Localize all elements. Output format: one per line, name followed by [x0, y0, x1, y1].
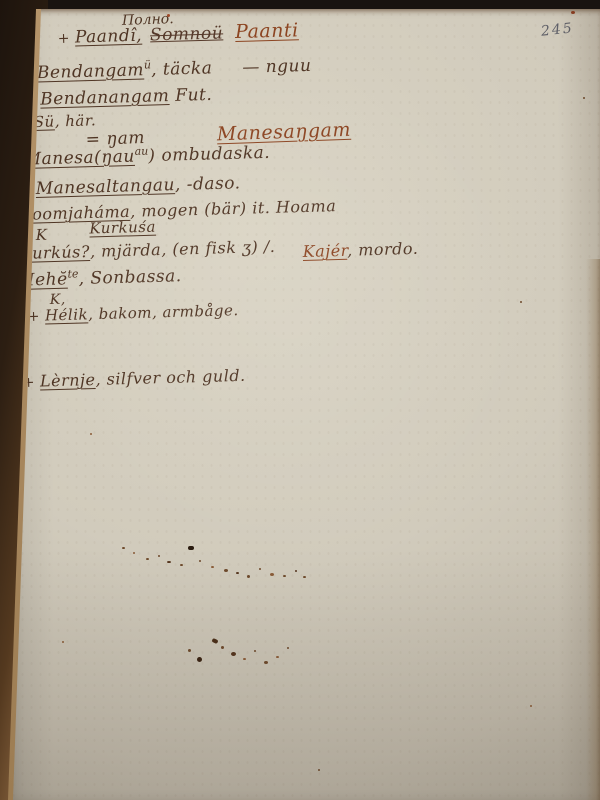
manuscript-page: 245 Полно. +Paandî,SomnoüPaanti +Bendang…: [0, 9, 600, 800]
plus-marker: +: [58, 31, 71, 47]
headword: Kurkuśa: [89, 218, 156, 238]
manuscript-photo: 245 Полно. +Paandî,SomnoüPaanti +Bendang…: [0, 0, 600, 800]
entry-line: Manesa(ŋauau) ombudaska.: [23, 142, 270, 169]
entry-line: Hoomjaháma, mogen (bär) it. Hoama: [18, 197, 337, 223]
gloss-text: Fut.: [169, 85, 212, 106]
entry-line: +Paandî,SomnoüPaanti: [57, 20, 299, 48]
headword: Bendanangam: [40, 86, 170, 110]
headword-variant: Paanti: [235, 19, 299, 43]
entry-line: Kajér, mordo.: [303, 240, 419, 261]
gloss-text: ) ombudaska.: [148, 143, 270, 166]
headword-variant: Kajér: [302, 241, 347, 261]
gloss-text: , Sonbassa.: [78, 266, 182, 289]
headword-variant: Manesaŋgam: [217, 119, 352, 146]
gloss-text: , silfver och guld.: [95, 366, 246, 389]
gloss-text: , här.: [54, 111, 96, 130]
entry-line: Hehĕte, Sonbassa.: [19, 265, 182, 290]
entry-line: °Bendanangam Fut.: [27, 86, 212, 110]
headword: Manesaltangau: [35, 175, 175, 199]
superscript-correction: au: [134, 145, 148, 158]
headword: Bendangam: [37, 60, 145, 83]
gloss-text: , -daso.: [175, 173, 241, 195]
gloss-addition: — nguu: [242, 56, 312, 78]
entry-line: Manesaltangau, -daso.: [35, 174, 240, 198]
entry-line: Sü, här.: [34, 112, 97, 130]
entry-line: +Hélik, bakom, armbåge.: [28, 302, 239, 325]
gloss-text: , mordo.: [347, 239, 419, 260]
gloss-text: , bakom, armbåge.: [88, 301, 239, 323]
crossed-out-word: Somnoü: [150, 23, 224, 45]
entry-line: +Lèrnje, silfver och guld.: [22, 367, 245, 392]
superscript-correction: te: [67, 267, 78, 280]
correction-letter: K: [36, 226, 48, 244]
headword: Lèrnje: [40, 370, 96, 391]
headword: Paandî,: [75, 26, 143, 48]
headword: Manesa(ŋau: [23, 147, 135, 170]
headword: Hélik: [45, 305, 89, 324]
page-number: 245: [541, 20, 575, 39]
gloss-text: , mogen (bär) it. Hoama: [130, 196, 337, 221]
entry-line: +Bendangamü, täcka— nguu: [19, 55, 311, 83]
gloss-text: , mjärda, (en fisk ʒ) /.: [90, 237, 276, 261]
gloss-text: , täcka: [151, 58, 213, 80]
page-stack-edge: [586, 259, 600, 800]
